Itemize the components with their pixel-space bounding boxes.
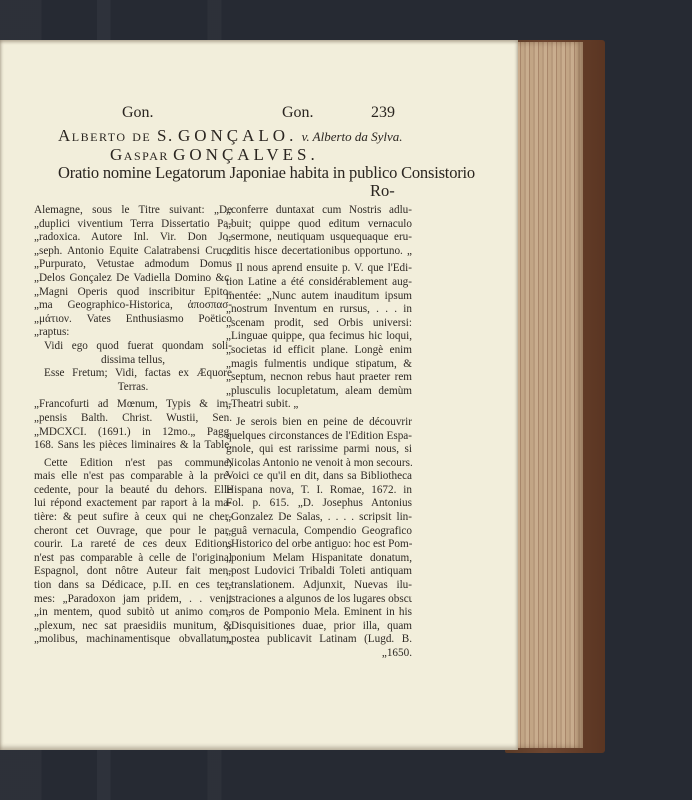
text-line: gnole, qui est rarissime parmi nous, si (226, 443, 412, 457)
text-line: „societas id efficit plane. Longè enim (226, 344, 412, 358)
entry-name-smallcaps: Gaspar (110, 145, 169, 164)
text-line: „Historico del orbe antiguo: hoc est Pom… (226, 538, 412, 552)
text-line: „buit; quippe quod editum vernaculo (226, 218, 412, 232)
text-line: „raptus: (34, 326, 232, 340)
text-line: „postea publicavit Latinam (Lugd. B. (226, 633, 412, 647)
running-head-left: Gon. (122, 104, 154, 122)
text-line: Nicolas Antonio ne venoit à mon secours. (226, 457, 412, 471)
text-line: Fol. p. 615. „D. Josephus Antonius (226, 497, 412, 511)
text-line: „straciones a algunos de los lugares obs… (226, 593, 412, 607)
text-line: Hispana nova, T. I. Romae, 1672. in (226, 484, 412, 498)
text-line: „magis fulmentis undique stipatum, & (226, 358, 412, 372)
text-line: mentée: „Nunc autem inauditum ipsum (226, 290, 412, 304)
text-line: „nostrum Inventum en rursus, . . . in (226, 303, 412, 317)
text-line: Je serois bien en peine de découvrir (226, 416, 412, 430)
text-line: „Magni Operis quod inscribitur Epito- (34, 286, 232, 300)
text-line: mes: „Paradoxon jam pridem, . . venit (34, 593, 232, 607)
text-line: 168. Sans les pièces liminaires & la Tab… (34, 439, 232, 453)
text-line: „septum, necnon rebus haut praeter rem (226, 371, 412, 385)
text-line: „ros de Pomponio Mela. Eminent in his (226, 606, 412, 620)
entry-name-smallcaps: Alberto de S. (58, 126, 174, 145)
text-line: „in mentem, quod subitò ut animo com- (34, 606, 232, 620)
text-line: „seph. Antonio Equite Calatrabensi Cruce (34, 245, 232, 259)
text-line: „duplici viventium Terra Dissertatio Pa- (34, 218, 232, 232)
entry-heading-alberto: Alberto de S. GONÇALO. v. Alberto da Syl… (58, 126, 403, 146)
text-line: „scenam prodit, sed Orbis universi: (226, 317, 412, 331)
text-line: mais elle n'est pas comparable à la pré- (34, 470, 232, 484)
text-line: „sermone, neutiquam usquequaque eru- (226, 231, 412, 245)
verse-line: dissima tellus, (34, 354, 232, 368)
text-line: „molibus, machinamentisque obvallatum, (34, 633, 232, 647)
right-column: „conferre duntaxat cum Nostris adlu- „bu… (226, 204, 412, 661)
text-line: „Disquisitiones duae, prior illa, quam (226, 620, 412, 634)
text-line: „plexum, nec sat praesidiis munitum, & (34, 620, 232, 634)
text-line: n'est pas comparable à celle de l'origin… (34, 552, 232, 566)
text-line: tière: & peut sufire à ceux qui ne cher- (34, 511, 232, 525)
work-title: Oratio nomine Legatorum Japoniae habita … (58, 163, 475, 183)
left-column: Alemagne, sous le Titre suivant: „De „du… (34, 204, 232, 647)
text-line: „guâ vernacula, Compendio Geografico (226, 525, 412, 539)
cross-reference: v. Alberto da Sylva. (302, 129, 403, 144)
text-line: „pensis Balth. Christ. Wustii, Sen. (34, 412, 232, 426)
verse-line: Esse Fretum; Vidi, factas ex Æquore (34, 367, 232, 381)
text-line: „Theatri subit. „ (226, 398, 412, 412)
text-line: „ma Geographico-Historica, ἀποσπασ- (34, 299, 232, 313)
text-line: „conferre duntaxat cum Nostris adlu- (226, 204, 412, 218)
text-line: Il nous aprend ensuite p. V. que l'Edi- (226, 262, 412, 276)
text-line: „translationem. Adjunxit, Nuevas ilu- (226, 579, 412, 593)
text-line: „ditis hisce decertationibus opportuno. … (226, 245, 412, 259)
text-line: tion Latine a été considérablement aug- (226, 276, 412, 290)
text-line: „Purpurato, Vetustae admodum Domus (34, 258, 232, 272)
text-line: „plusculis locupletatum, aleam demùm (226, 385, 412, 399)
text-line: „1650. (226, 647, 412, 661)
text-line: „Gonzalez De Salas, . . . . scripsit lin… (226, 511, 412, 525)
verse-line: Terras. (34, 381, 232, 395)
entry-name-caps: GONÇALO. (178, 126, 297, 145)
text-line: tion dans sa Dédicace, p.II. en ces ter- (34, 579, 232, 593)
text-line: courir. La rareté de ces deux Editions (34, 538, 232, 552)
verse-line: Vidi ego quod fuerat quondam soli- (34, 340, 232, 354)
text-line: „post Ludovici Tribaldi Toleti antiquam (226, 565, 412, 579)
text-line: Alemagne, sous le Titre suivant: „De (34, 204, 232, 218)
text-line: cedente, pour la beauté du dehors. Elle (34, 484, 232, 498)
text-line: cheront cet Ouvrage, que pour le par- (34, 525, 232, 539)
page-edges (515, 42, 583, 748)
text-line: „Linguae quippe, qua fecimus hic loqui, (226, 330, 412, 344)
page-number: 239 (371, 104, 395, 122)
entry-name-caps: GONÇALVES. (173, 145, 319, 164)
entry-heading-gaspar: Gaspar GONÇALVES. (110, 145, 319, 165)
text-line: „Francofurti ad Mœnum, Typis & im- (34, 398, 232, 412)
text-line: Espagnol, dont nôtre Auteur fait men- (34, 565, 232, 579)
text-line: „μάτιον. Vates Enthusiasmo Poëtico (34, 313, 232, 327)
text-line: „MDCXCI. (1691.) in 12mo.„ Pagg. (34, 426, 232, 440)
text-line: „ponium Melam Hispanitate donatum, (226, 552, 412, 566)
text-line: quelques circonstances de l'Edition Espa… (226, 430, 412, 444)
text-line: Voici ce qu'il en dit, dans sa Bibliothe… (226, 470, 412, 484)
text-line: Cette Edition n'est pas commune; (34, 457, 232, 471)
running-head: Gon. Gon. 239 (0, 104, 518, 128)
text-line: „Delos Gonçalez De Vadiella Domino &c. (34, 272, 232, 286)
text-line: lui répond exactement par raport à la ma… (34, 497, 232, 511)
text-line: „radoxica. Autore Inl. Vir. Don Jo- (34, 231, 232, 245)
running-head-center: Gon. (282, 104, 314, 122)
work-title-continuation: Ro- (370, 181, 395, 201)
